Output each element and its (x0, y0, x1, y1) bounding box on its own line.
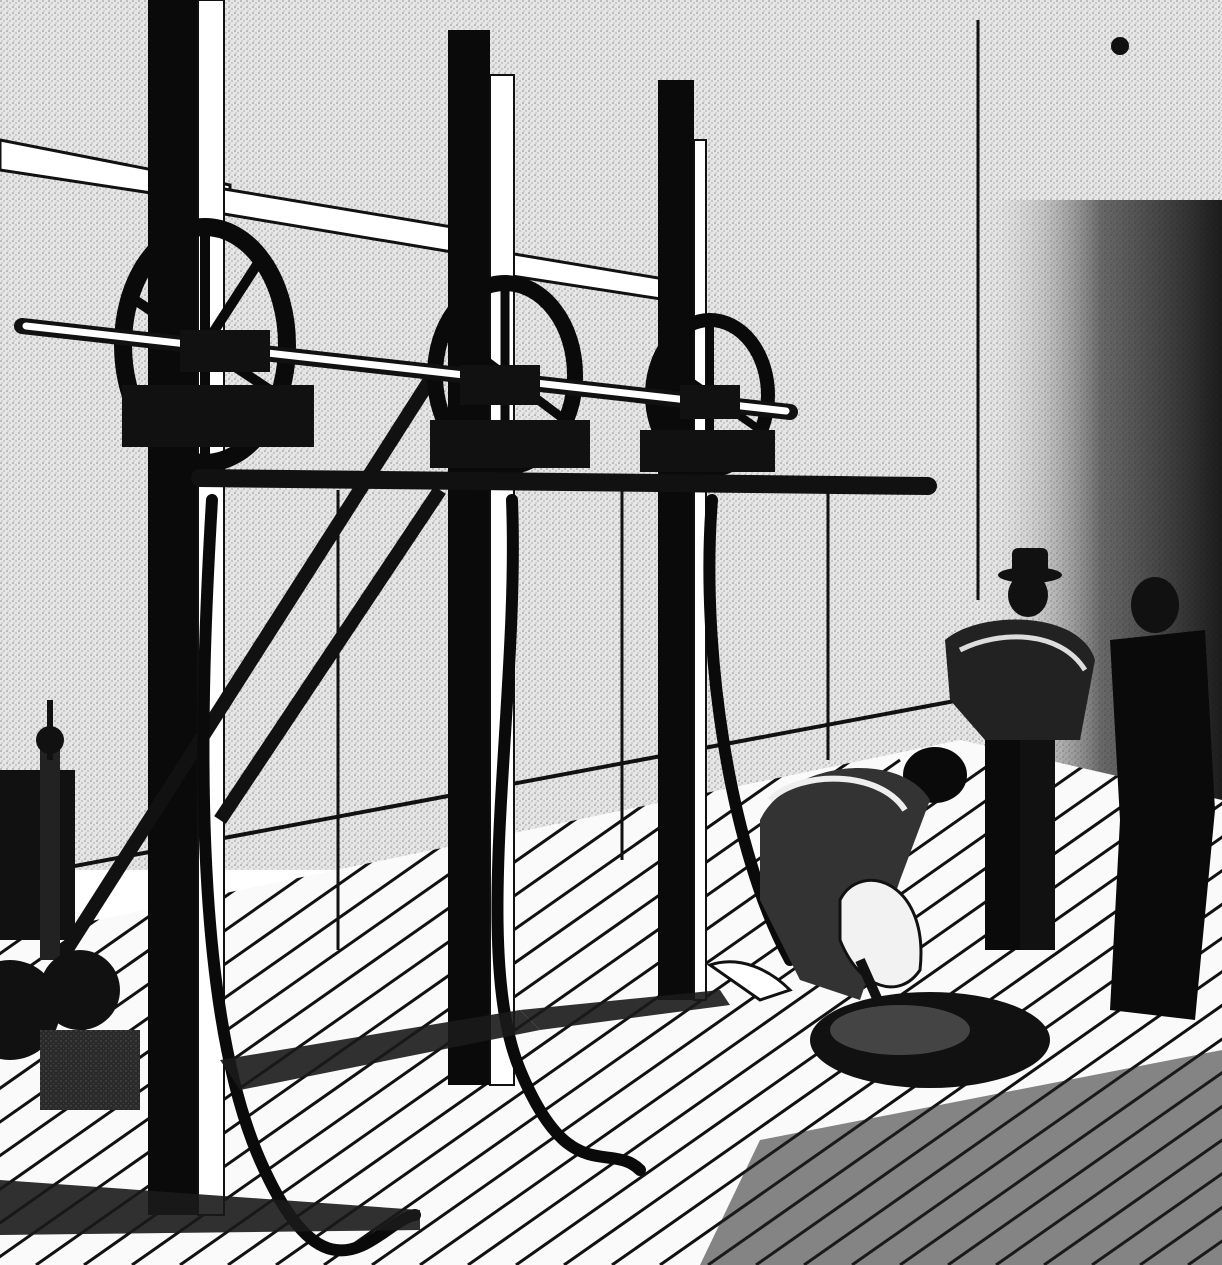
right-post (658, 80, 694, 1000)
middle-post (448, 30, 490, 1085)
fleece-pile (810, 992, 1050, 1088)
horizontal-crossbar (200, 478, 928, 486)
engraving-scene (0, 0, 1222, 1265)
left-post (148, 0, 198, 1215)
man-in-shadow (1110, 577, 1215, 1020)
